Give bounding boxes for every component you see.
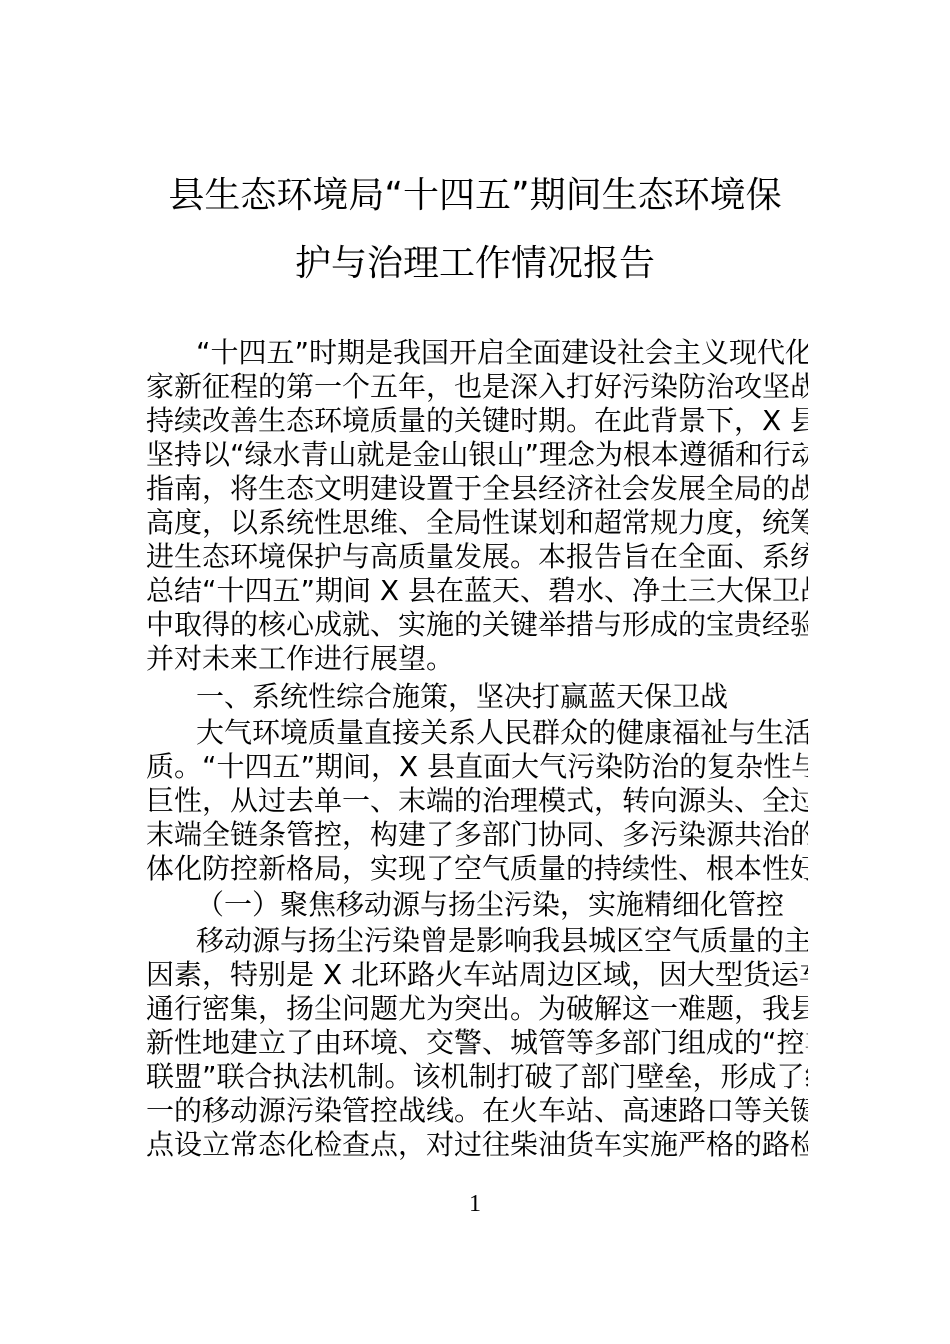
section-1-paragraph-line: 大气环境质量直接关系人民群众的健康福祉与生活品	[196, 716, 808, 750]
intro-paragraph-line: 指南，将生态文明建设置于全县经济社会发展全局的战略	[146, 472, 808, 506]
page-number: 1	[0, 1190, 950, 1218]
subsection-1-paragraph-line: 移动源与扬尘污染曾是影响我县城区空气质量的主要	[196, 924, 808, 958]
subsection-1-paragraph-line: 因素，特别是 X 北环路火车站周边区域，因大型货运车辆	[146, 958, 808, 992]
intro-paragraph-line: 坚持以“绿水青山就是金山银山”理念为根本遵循和行动	[146, 438, 808, 472]
subsection-1-paragraph-line: 联盟”联合执法机制。该机制打破了部门壁垒，形成了统	[146, 1060, 808, 1094]
intro-paragraph-line: 进生态环境保护与高质量发展。本报告旨在全面、系统地	[146, 540, 808, 574]
intro-paragraph-line: 并对未来工作进行展望。	[146, 642, 808, 676]
section-heading-1: 一、系统性综合施策，坚决打赢蓝天保卫战	[196, 680, 808, 714]
intro-paragraph-line: 持续改善生态环境质量的关键时期。在此背景下，X 县始终	[146, 404, 808, 438]
section-1-paragraph-line: 质。“十四五”期间，X 县直面大气污染防治的复杂性与艰	[146, 750, 808, 784]
subsection-1-paragraph-line: 通行密集，扬尘问题尤为突出。为破解这一难题，我县创	[146, 992, 808, 1026]
intro-paragraph-line: 总结“十四五”期间 X 县在蓝天、碧水、净土三大保卫战	[146, 574, 808, 608]
section-1-paragraph-line: 巨性，从过去单一、末端的治理模式，转向源头、全过程	[146, 784, 808, 818]
intro-paragraph-line: 家新征程的第一个五年，也是深入打好污染防治攻坚战、	[146, 370, 808, 404]
section-1-paragraph-line: 体化防控新格局，实现了空气质量的持续性、根本性好转。	[146, 852, 808, 886]
intro-paragraph-line: 中取得的核心成就、实施的关键举措与形成的宝贵经验，	[146, 608, 808, 642]
subsection-1-paragraph-line: 点设立常态化检查点，对过往柴油货车实施严格的路检路	[146, 1128, 808, 1162]
subsection-1-paragraph-line: 一的移动源污染管控战线。在火车站、高速路口等关键节	[146, 1094, 808, 1128]
document-title-line-1: 县生态环境局“十四五”期间生态环境保	[0, 176, 950, 216]
document-title-line-2: 护与治理工作情况报告	[0, 244, 950, 284]
intro-paragraph-line: 高度，以系统性思维、全局性谋划和超常规力度，统筹推	[146, 506, 808, 540]
document-page: 县生态环境局“十四五”期间生态环境保 护与治理工作情况报告 “十四五”时期是我国…	[0, 0, 950, 1344]
subsection-heading-1: （一）聚焦移动源与扬尘污染，实施精细化管控	[196, 888, 808, 922]
section-1-paragraph-line: 末端全链条管控，构建了多部门协同、多污染源共治的立	[146, 818, 808, 852]
subsection-1-paragraph-line: 新性地建立了由环境、交警、城管等多部门组成的“控车	[146, 1026, 808, 1060]
intro-paragraph-line: “十四五”时期是我国开启全面建设社会主义现代化国	[196, 336, 808, 370]
